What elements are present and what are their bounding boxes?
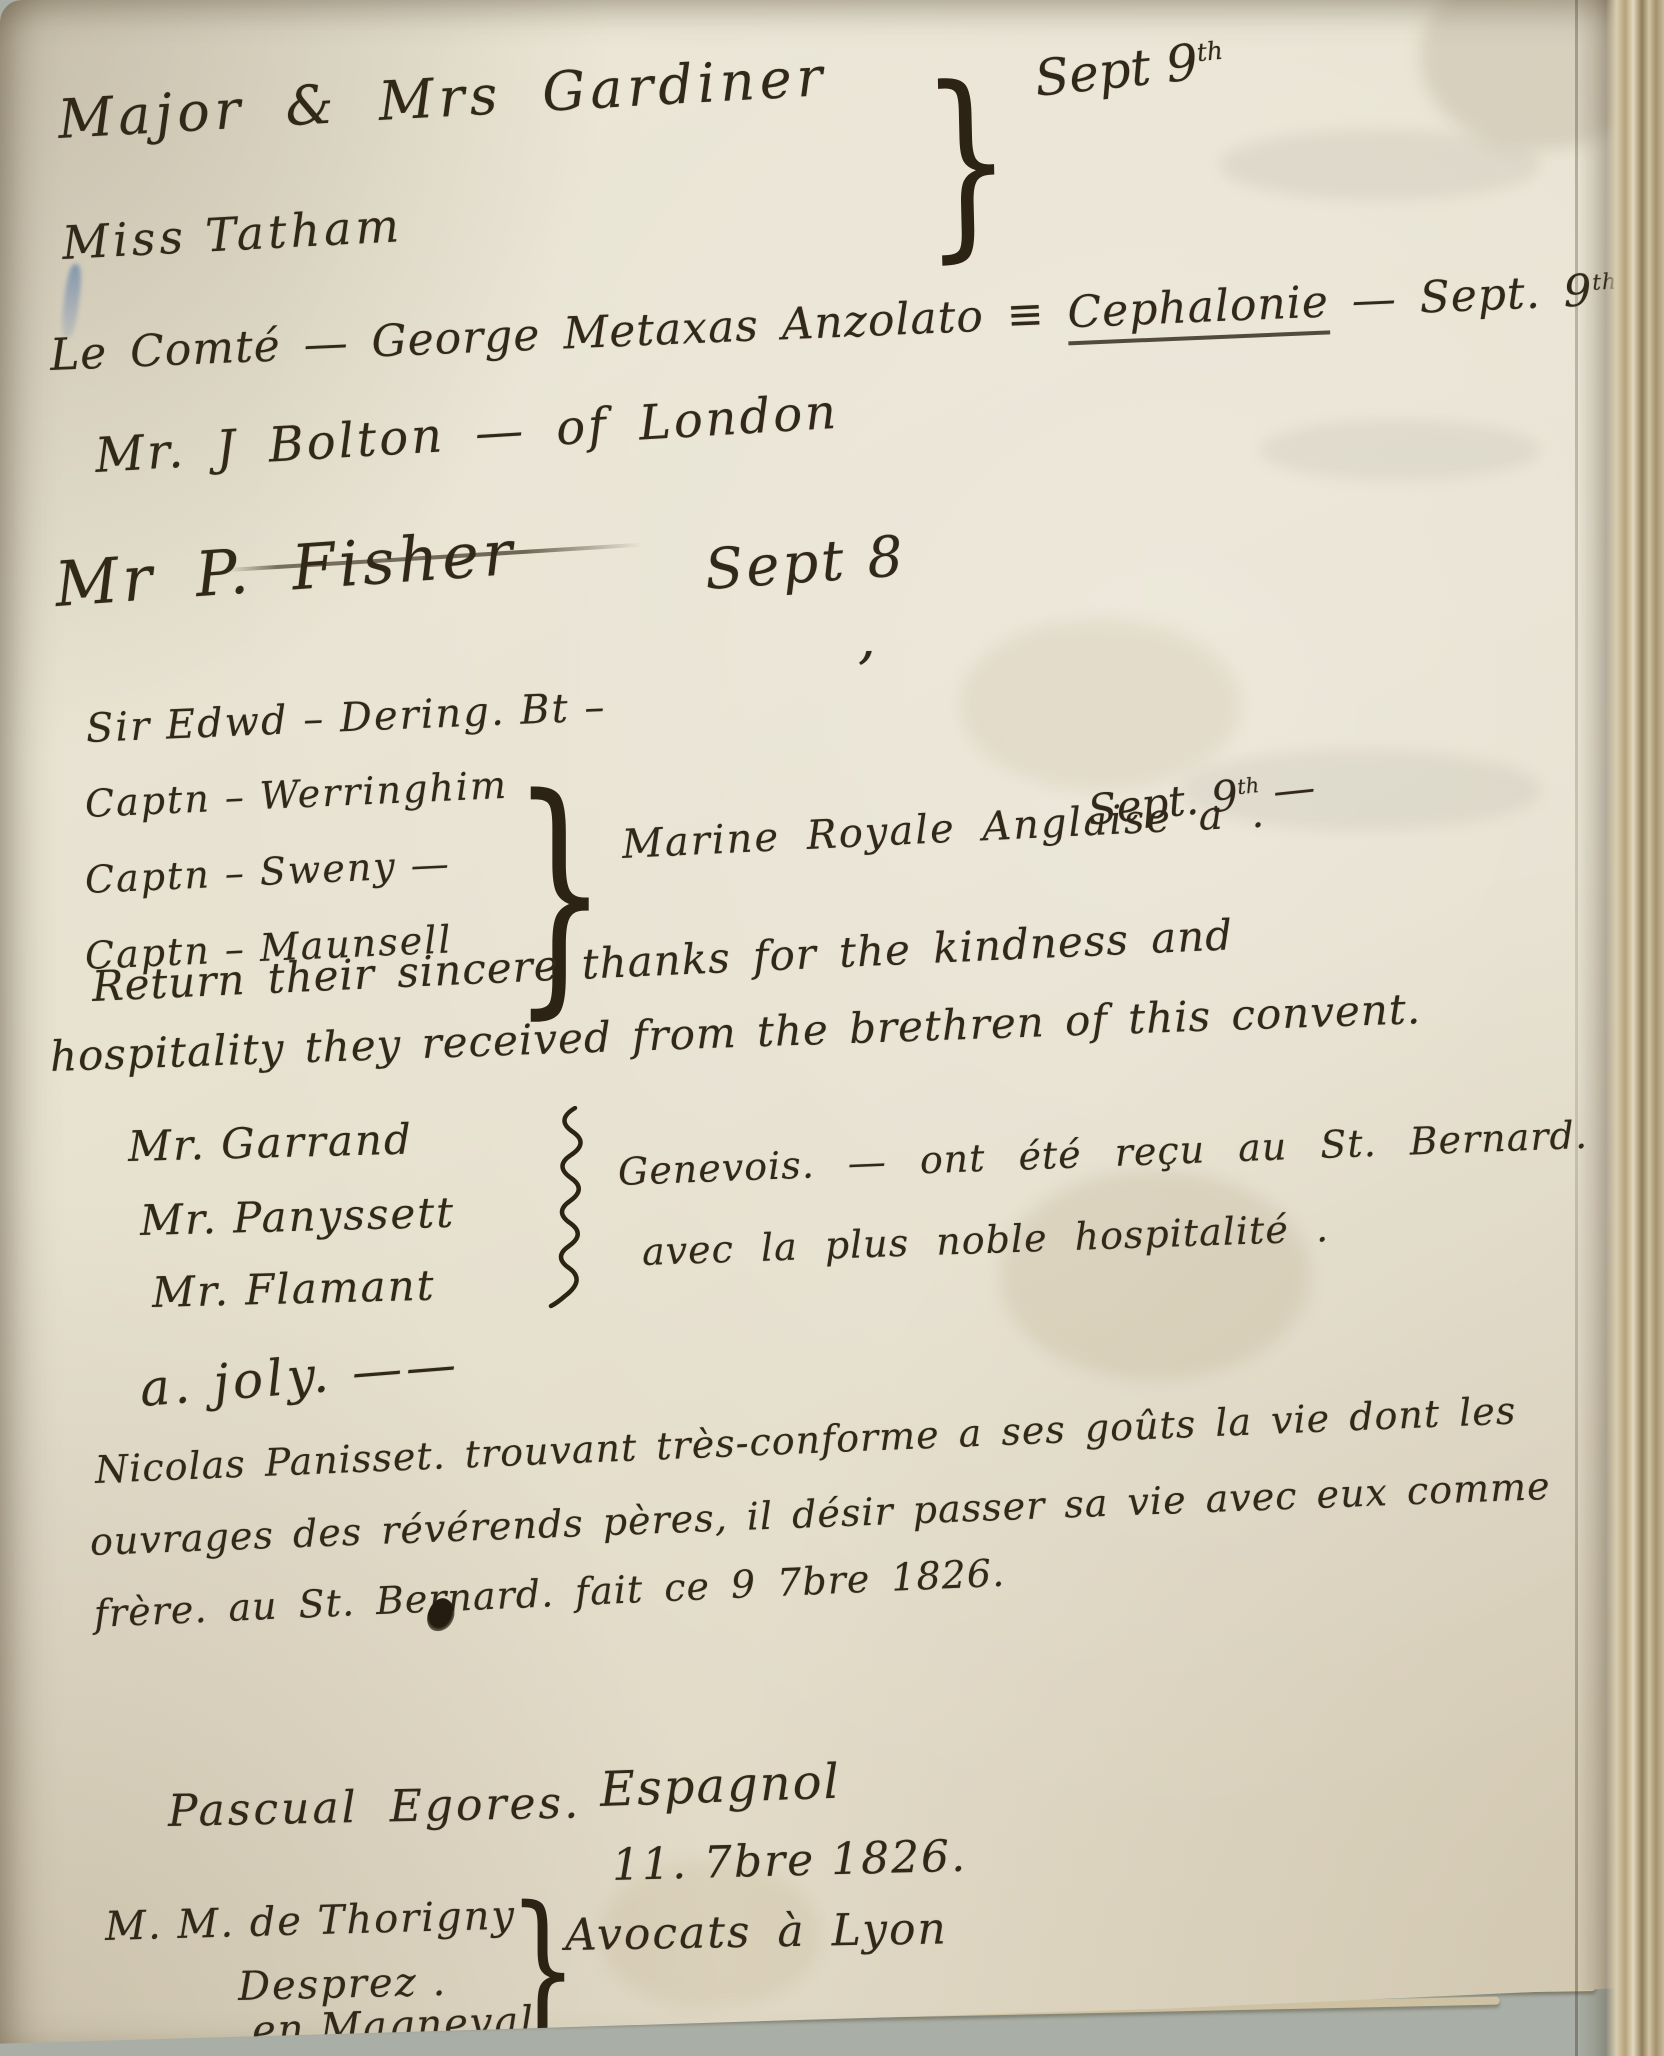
entry-captain-werringhim: Captn – Werringhim xyxy=(84,763,509,826)
squiggle-brace-icon xyxy=(545,1106,589,1310)
entry-metaxas: Le Comté — George Metaxas Anzolato ≡ Cep… xyxy=(49,264,1619,381)
entry-captain-sweny: Captn – Sweny — xyxy=(84,841,452,902)
entry-fisher-name: Mr P. Fisher xyxy=(52,516,518,621)
entry-panyssett-name: Mr. Panyssett xyxy=(139,1188,455,1245)
entry-tatham-name: Miss Tatham xyxy=(61,198,405,270)
entry-metaxas-name: Le Comté — George Metaxas Anzolato xyxy=(49,290,1008,381)
entry-fisher-comma: , xyxy=(858,606,876,671)
date-dash: — xyxy=(1257,762,1317,817)
entry-gardiner-date: Sept 9th xyxy=(1032,30,1227,108)
entry-flamant-name: Mr. Flamant xyxy=(151,1261,436,1317)
book-binding-edge xyxy=(1576,0,1664,2056)
entry-metaxas-date: — Sept. 9 xyxy=(1328,265,1594,327)
entry-magneval-name: en Magneval xyxy=(251,1998,536,2054)
entry-egores-nationality: Espagnol xyxy=(599,1754,842,1818)
date-text: Sept 9 xyxy=(1032,33,1201,108)
show-through-smudge xyxy=(1260,420,1540,480)
entry-garrand-name: Mr. Garrand xyxy=(127,1115,413,1171)
entry-thorigny-name: M. M. de Thorigny xyxy=(104,1893,516,1950)
scanned-register-page: Major & Mrs Gardiner } Sept 9th Miss Tat… xyxy=(0,0,1664,2056)
date-ordinal: th xyxy=(1236,773,1260,799)
entry-dering-name: Sir Edwd – Dering. Bt – xyxy=(85,684,607,752)
grouping-brace-icon: } xyxy=(920,59,1014,266)
stain xyxy=(960,620,1240,790)
entry-joly-name: a. joly. —— xyxy=(138,1335,462,1418)
entry-metaxas-place-underlined: Cephalonie xyxy=(1066,276,1330,345)
entry-bolton-name: Mr. J Bolton — of London xyxy=(93,384,840,484)
stain xyxy=(1000,1170,1310,1380)
entry-fisher-date: Sept 8 xyxy=(703,524,908,603)
entry-gardiner-name: Major & Mrs Gardiner xyxy=(56,45,829,151)
blue-pigment-mark xyxy=(60,263,84,338)
show-through-smudge xyxy=(1220,130,1540,200)
entry-egores-name: Pascual Egores. xyxy=(167,1777,581,1837)
lyon-note: Avocats à Lyon xyxy=(565,1903,949,1961)
entry-egores-date: 11. 7bre 1826. xyxy=(611,1831,967,1891)
date-ordinal: th xyxy=(1195,36,1224,68)
triple-dash-icon: ≡ xyxy=(1006,287,1069,341)
panisset-paragraph-line3: frère. au St. Bernard. fait ce 9 7bre 18… xyxy=(93,1551,1006,1636)
manuscript-page: Major & Mrs Gardiner } Sept 9th Miss Tat… xyxy=(0,0,1664,2056)
